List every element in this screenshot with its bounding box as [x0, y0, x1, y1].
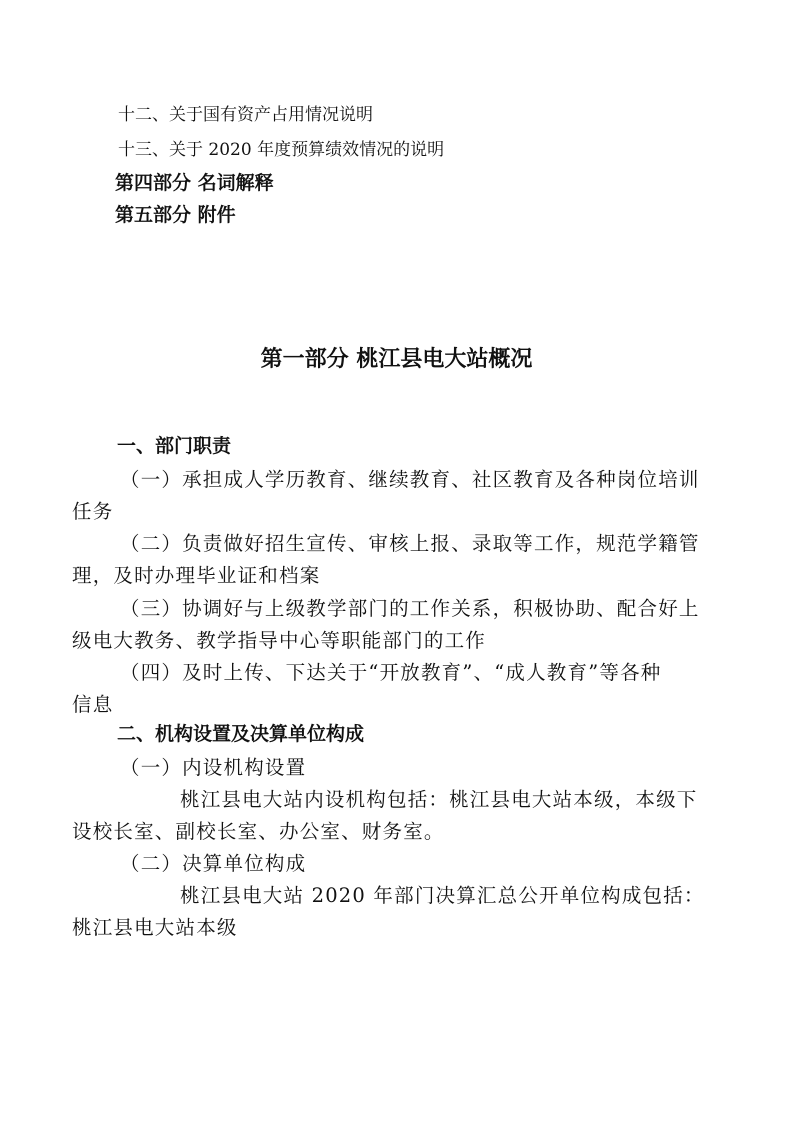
part1-title: 第一部分 桃江县电大站概况 [0, 342, 793, 373]
duty4-line1: （四）及时上传、下达关于“开放教育”、“成人教育”等各种 [120, 657, 661, 685]
sub1-line2: 设校长室、副校长室、办公室、财务室。 [72, 816, 445, 844]
toc-item-12: 十二、关于国有资产占用情况说明 [118, 100, 373, 125]
duty3-line2: 级电大教务、教学指导中心等职能部门的工作 [72, 625, 486, 653]
toc-part-5: 第五部分 附件 [115, 200, 236, 227]
duty1-line1: （一）承担成人学历教育、继续教育、社区教育及各种岗位培训 [120, 464, 700, 492]
sub2-line2: 桃江县电大站本级 [72, 912, 238, 940]
section1-heading: 一、部门职责 [117, 431, 231, 458]
sub2-heading: （二）决算单位构成 [120, 848, 306, 876]
toc-item-13: 十三、关于 2020 年度预算绩效情况的说明 [118, 135, 444, 160]
duty1-line2: 任务 [72, 496, 113, 524]
duty2-line2: 理，及时办理毕业证和档案 [72, 560, 320, 588]
sub1-heading: （一）内设机构设置 [120, 752, 306, 780]
duty4-line2: 信息 [72, 689, 113, 717]
toc-part-4: 第四部分 名词解释 [115, 168, 274, 195]
duty3-line1: （三）协调好与上级教学部门的工作关系，积极协助、配合好上 [120, 593, 700, 621]
sub2-line1: 桃江县电大站 2020 年部门决算汇总公开单位构成包括： [180, 880, 705, 908]
section2-heading: 二、机构设置及决算单位构成 [117, 719, 364, 746]
duty2-line1: （二）负责做好招生宣传、审核上报、录取等工作，规范学籍管 [120, 528, 700, 556]
sub1-line1: 桃江县电大站内设机构包括：桃江县电大站本级，本级下 [180, 784, 698, 812]
